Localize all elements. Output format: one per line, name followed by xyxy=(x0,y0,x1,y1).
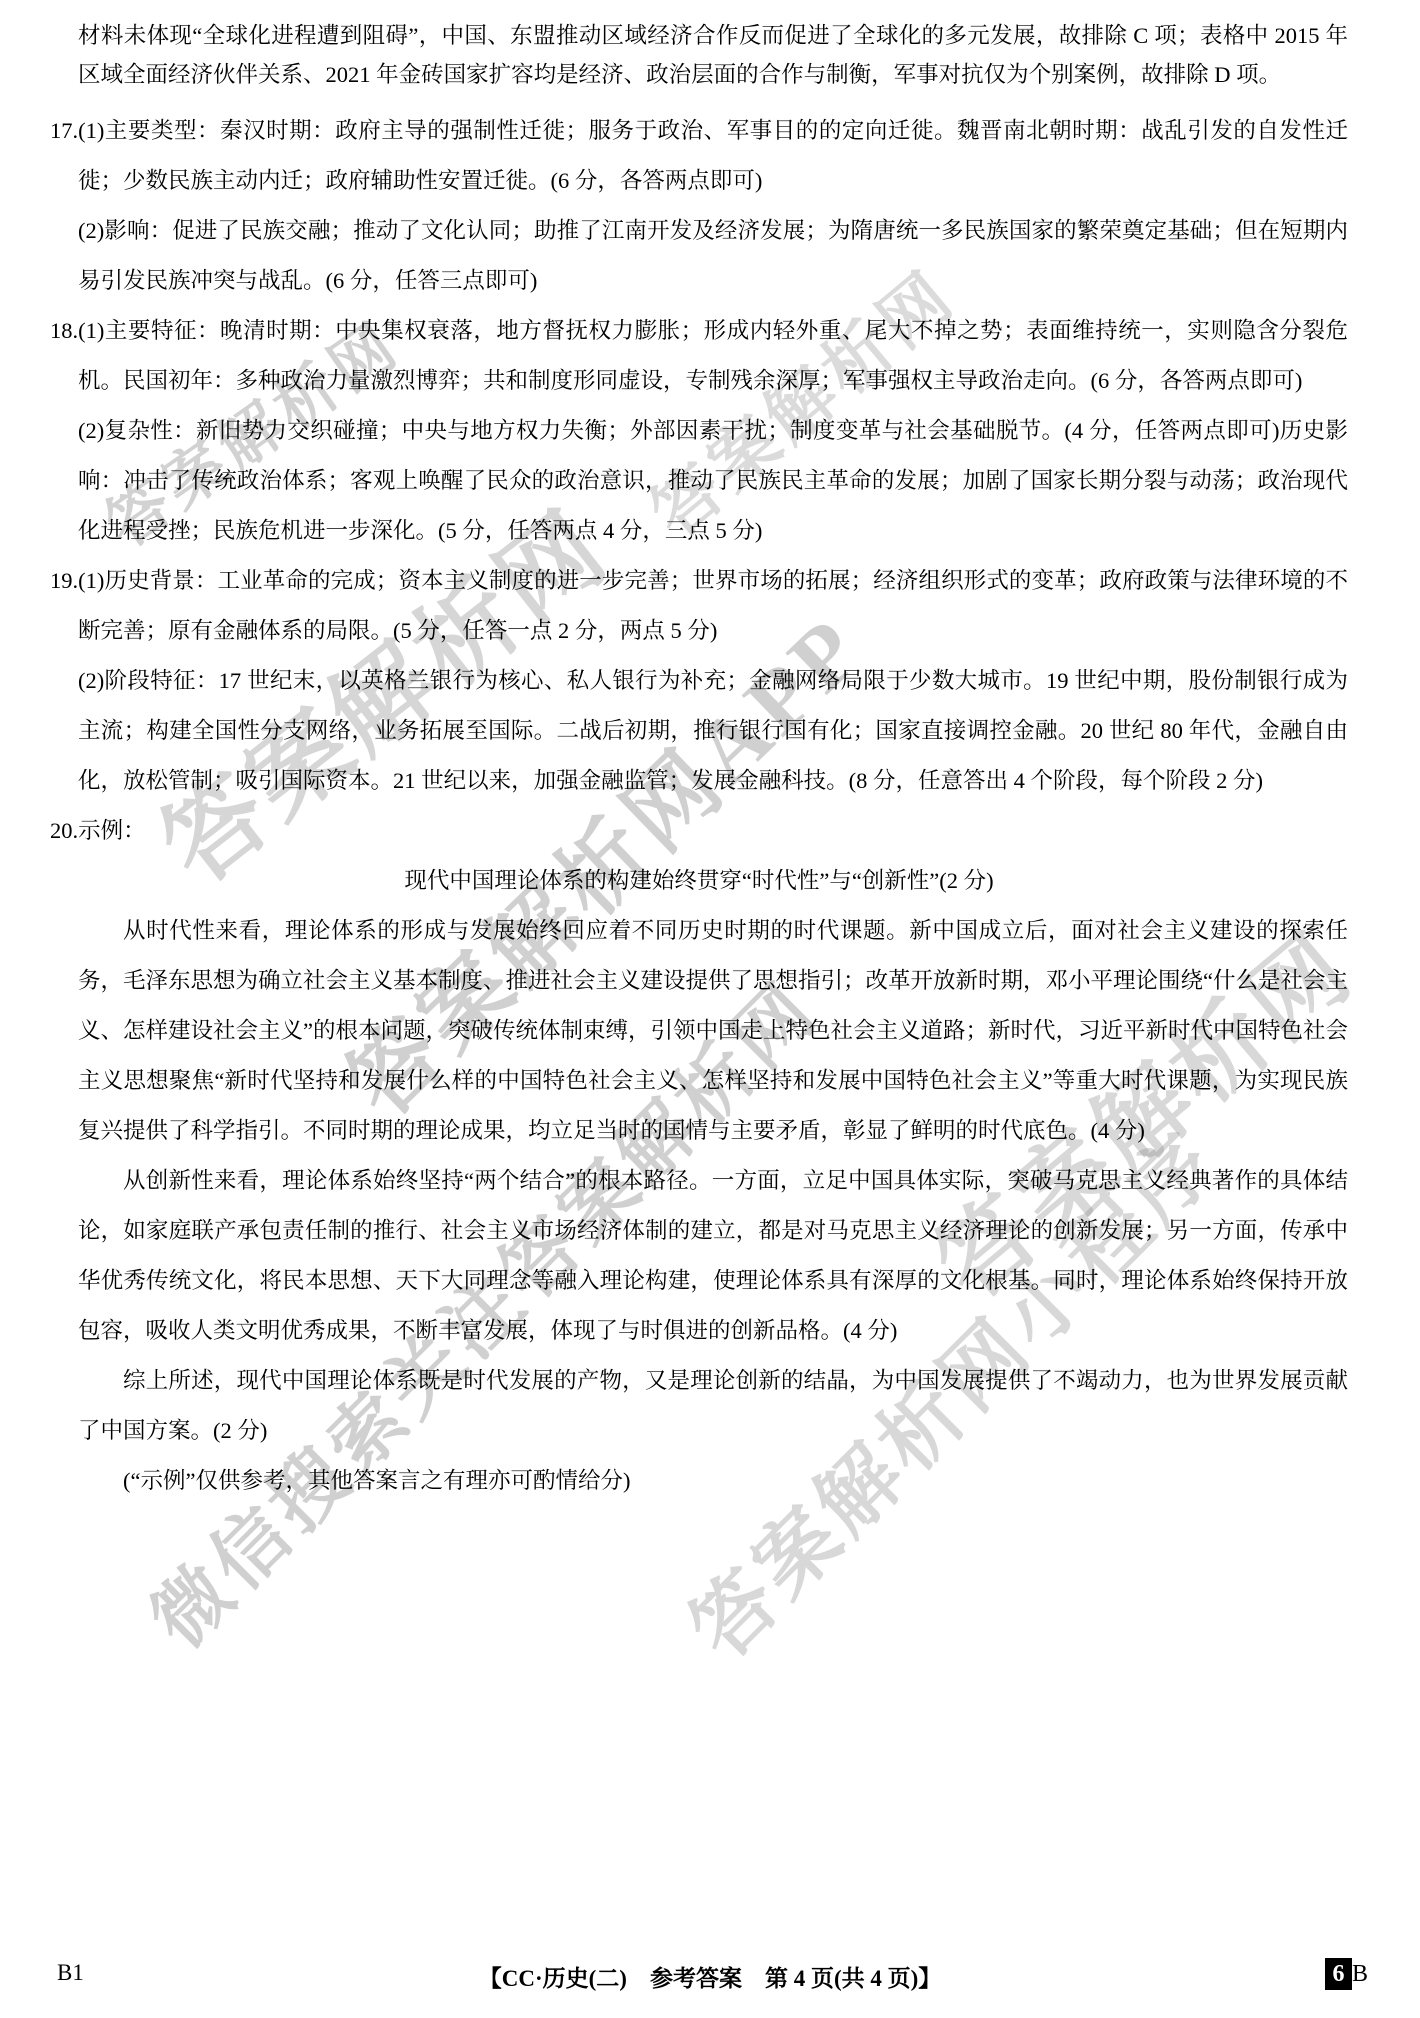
answer-19-part1: 19.(1)历史背景：工业革命的完成；资本主义制度的进一步完善；世界市场的拓展；… xyxy=(50,556,1348,656)
page-number-badge: 6 xyxy=(1325,1958,1352,1990)
answer-content: 材料未体现“全球化进程遭到阻碍”，中国、东盟推动区域经济合作反而促进了全球化的多… xyxy=(50,16,1348,1506)
answer-17-part1: 17.(1)主要类型：秦汉时期：政府主导的强制性迁徙；服务于政治、军事目的的定向… xyxy=(50,106,1348,206)
answer-20-paragraph-2: 从创新性来看，理论体系始终坚持“两个结合”的根本路径。一方面，立足中国具体实际，… xyxy=(50,1156,1348,1356)
answer-sheet-page: { "page": {"width": 1420, "height": 2018… xyxy=(0,0,1420,2018)
footer-page-marker: 6B xyxy=(1325,1958,1368,1990)
answer-18-part2: (2)复杂性：新旧势力交织碰撞；中央与地方权力失衡；外部因素干扰；制度变革与社会… xyxy=(50,406,1348,556)
answer-18-part1: 18.(1)主要特征：晚清时期：中央集权衰落，地方督抚权力膨胀；形成内轻外重、尾… xyxy=(50,306,1348,406)
edition-letter: B xyxy=(1352,1961,1368,1987)
answer-20-essay-title: 现代中国理论体系的构建始终贯穿“时代性”与“创新性”(2 分) xyxy=(50,856,1348,906)
continuation-paragraph: 材料未体现“全球化进程遭到阻碍”，中国、东盟推动区域经济合作反而促进了全球化的多… xyxy=(50,16,1348,94)
answer-20-heading: 20.示例： xyxy=(50,806,1348,856)
answer-20-paragraph-3: 综上所述，现代中国理论体系既是时代发展的产物，又是理论创新的结晶，为中国发展提供… xyxy=(50,1356,1348,1456)
answer-17-part2: (2)影响：促进了民族交融；推动了文化认同；助推了江南开发及经济发展；为隋唐统一… xyxy=(50,206,1348,306)
answer-20-note: (“示例”仅供参考，其他答案言之有理亦可酌情给分) xyxy=(50,1456,1348,1506)
page-footer: B1 【CC·历史(二) 参考答案 第 4 页(共 4 页)】 6B xyxy=(0,1958,1420,1992)
answer-19-part2: (2)阶段特征：17 世纪末，以英格兰银行为核心、私人银行为补充；金融网络局限于… xyxy=(50,656,1348,806)
answer-20-paragraph-1: 从时代性来看，理论体系的形成与发展始终回应着不同历史时期的时代课题。新中国成立后… xyxy=(50,906,1348,1156)
footer-title: 【CC·历史(二) 参考答案 第 4 页(共 4 页)】 xyxy=(0,1960,1420,1993)
